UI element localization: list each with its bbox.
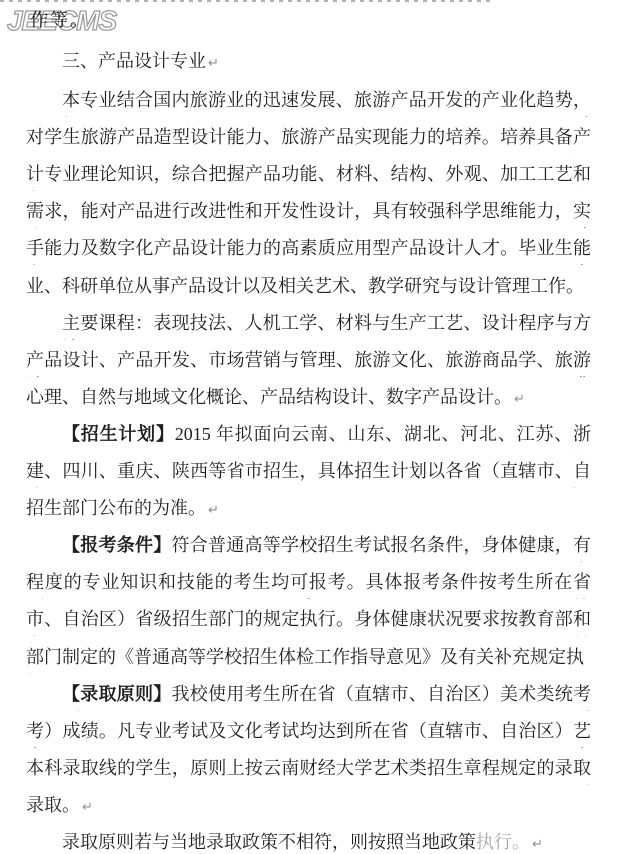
text-line: 录取原则若与当地录取政策不相符，则按照当地政策执行。↵ bbox=[26, 829, 591, 854]
text-segment: 建、四川、重庆、陕西等省市招生，具体招生计划以各省（直辖市、自治区） bbox=[26, 461, 591, 488]
text-segment: 手能力及数字化产品设计能力的高素质应用型产品设计人才。毕业生能在企 bbox=[26, 238, 591, 265]
text-segment: 招生部门公布的为准。 bbox=[26, 498, 206, 518]
text-segment: 【招生计划】 bbox=[62, 424, 175, 444]
text-line: 市、自治区）省级招生部门的规定执行。身体健康状况要求按教育部和有关 bbox=[26, 606, 591, 636]
text-line: 建、四川、重庆、陕西等省市招生，具体招生计划以各省（直辖市、自治区） bbox=[26, 458, 591, 488]
text-line: 部门制定的《普通高等学校招生体检工作指导意见》及有关补充规定执行。↵ bbox=[26, 644, 591, 674]
return-mark-icon: ↵ bbox=[208, 56, 219, 71]
document-page: JEECMS 作等。 三、产品设计专业↵本专业结合国内旅游业的迅速发展、旅游产品… bbox=[0, 0, 617, 854]
text-segment: 对学生旅游产品造型设计能力、旅游产品实现能力的培养。培养具备产品设 bbox=[26, 127, 591, 154]
text-line: 【招生计划】2015 年拟面向云南、山东、湖北、河北、江苏、浙江、福 bbox=[26, 421, 591, 451]
text-line: 主要课程：表现技法、人机工学、材料与生产工艺、设计程序与方法、 bbox=[26, 310, 591, 340]
return-mark-icon: ↵ bbox=[514, 392, 525, 407]
text-segment: 主要课程：表现技法、人机工学、材料与生产工艺、设计程序与方法、 bbox=[62, 313, 591, 340]
section-heading: 三、产品设计专业↵ bbox=[26, 48, 591, 78]
text-line: 手能力及数字化产品设计能力的高素质应用型产品设计人才。毕业生能在企 bbox=[26, 235, 591, 265]
document-body: 三、产品设计专业↵本专业结合国内旅游业的迅速发展、旅游产品开发的产业化趋势，侧重… bbox=[0, 0, 617, 854]
text-segment: 本专业结合国内旅游业的迅速发展、旅游产品开发的产业化趋势，侧重 bbox=[62, 90, 591, 117]
text-line: 录取。↵ bbox=[26, 792, 591, 822]
text-segment: 考）成绩。凡专业考试及文化考试均达到所在省（直辖市、自治区）艺术类 bbox=[26, 721, 591, 748]
text-segment: 部门制定的《普通高等学校招生体检工作指导意见》及有关补充规定执行。 bbox=[26, 647, 584, 674]
return-mark-icon: ↵ bbox=[208, 503, 219, 518]
text-segment: 录取。 bbox=[26, 795, 80, 815]
text-line: 【录取原则】我校使用考生所在省（直辖市、自治区）美术类统考（联 bbox=[26, 681, 591, 711]
text-line: 心理、自然与地域文化概论、产品结构设计、数字产品设计。↵ bbox=[26, 384, 591, 414]
text-line: 【报考条件】符合普通高等学校招生考试报名条件，身体健康，有一定 bbox=[26, 532, 591, 562]
text-line: 对学生旅游产品造型设计能力、旅游产品实现能力的培养。培养具备产品设 bbox=[26, 124, 591, 154]
text-segment: 心理、自然与地域文化概论、产品结构设计、数字产品设计。 bbox=[26, 387, 512, 407]
text-segment: 【报考条件】 bbox=[62, 535, 172, 555]
text-segment: 本科录取线的学生，原则上按云南财经大学艺术类招生章程规定的录取原则 bbox=[26, 758, 591, 785]
text-line: 产品设计、产品开发、市场营销与管理、旅游文化、旅游商品学、旅游消费 bbox=[26, 347, 591, 377]
text-segment: 三、产品设计专业 bbox=[62, 51, 206, 71]
text-segment: 程度的专业知识和技能的考生均可报考。具体报考条件按考生所在省（直辖 bbox=[26, 572, 591, 599]
text-line: 业、科研单位从事产品设计以及相关艺术、教学研究与设计管理工作。↵ bbox=[26, 273, 591, 303]
text-segment: 市、自治区）省级招生部门的规定执行。身体健康状况要求按教育部和有关 bbox=[26, 609, 591, 636]
text-line: 本专业结合国内旅游业的迅速发展、旅游产品开发的产业化趋势，侧重 bbox=[26, 87, 591, 117]
text-segment: 录取原则若与当地录取政策不相符，则按照当地政策 bbox=[62, 832, 476, 852]
text-segment: 产品设计、产品开发、市场营销与管理、旅游文化、旅游商品学、旅游消费 bbox=[26, 350, 591, 377]
text-line: 程度的专业知识和技能的考生均可报考。具体报考条件按考生所在省（直辖 bbox=[26, 569, 591, 599]
return-mark-icon: ↵ bbox=[82, 800, 93, 815]
text-segment: 业、科研单位从事产品设计以及相关艺术、教学研究与设计管理工作。 bbox=[26, 276, 584, 296]
text-line: 需求，能对产品进行改进性和开发性设计，具有较强科学思维能力，实践动 bbox=[26, 198, 591, 228]
text-line: 计专业理论知识，综合把握产品功能、材料、结构、外观、加工工艺和市场 bbox=[26, 161, 591, 191]
text-segment: 需求，能对产品进行改进性和开发性设计，具有较强科学思维能力，实践动 bbox=[26, 201, 591, 228]
text-segment: 计专业理论知识，综合把握产品功能、材料、结构、外观、加工工艺和市场 bbox=[26, 164, 591, 191]
text-segment: 【录取原则】 bbox=[62, 684, 172, 704]
text-line: 本科录取线的学生，原则上按云南财经大学艺术类招生章程规定的录取原则 bbox=[26, 755, 591, 785]
return-mark-icon: ↵ bbox=[532, 837, 543, 852]
text-line: 招生部门公布的为准。↵ bbox=[26, 495, 591, 525]
text-segment: 执行。 bbox=[476, 832, 530, 852]
text-line: 考）成绩。凡专业考试及文化考试均达到所在省（直辖市、自治区）艺术类 bbox=[26, 718, 591, 748]
